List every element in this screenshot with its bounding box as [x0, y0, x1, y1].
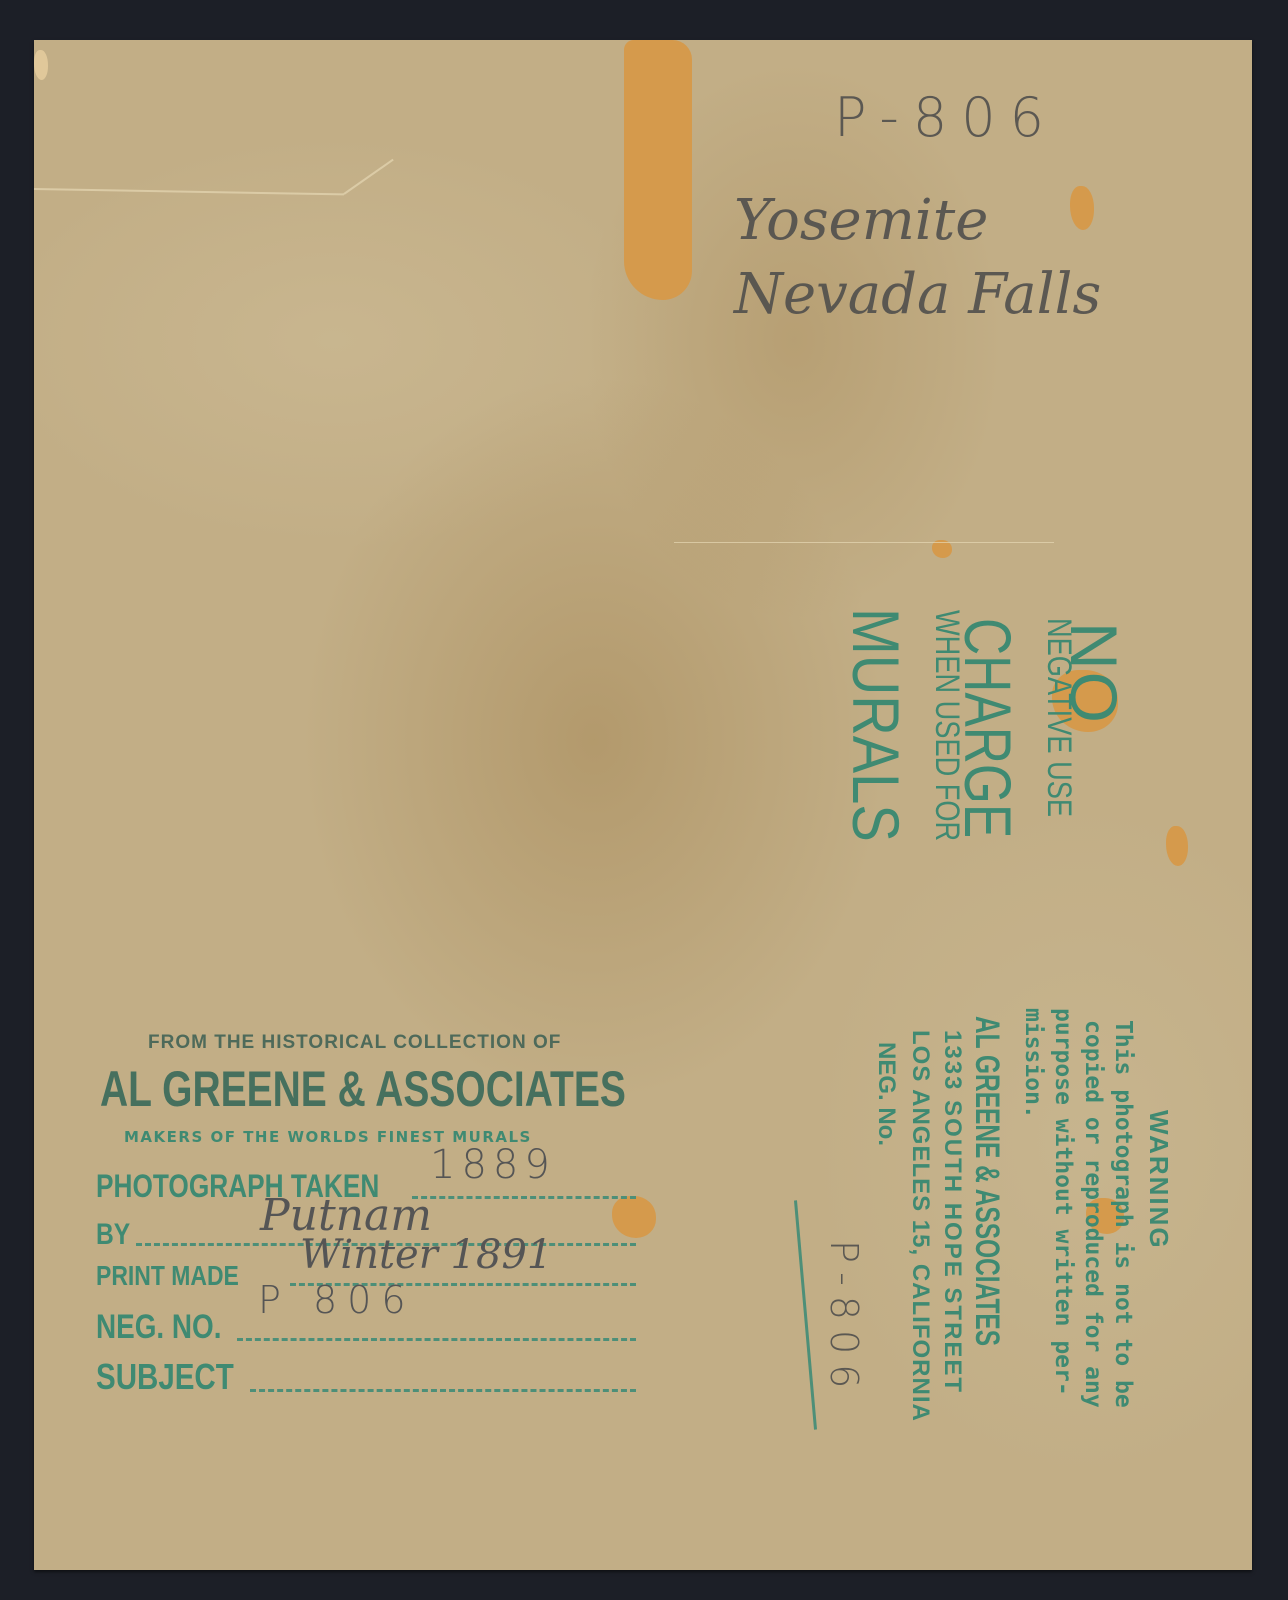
paper-tear	[624, 40, 692, 300]
collection-header: FROM THE HISTORICAL COLLECTION OF	[148, 1032, 561, 1054]
field-value-print-made: Winter 1891	[300, 1232, 552, 1278]
warning-body-1: This photograph is not to be	[1110, 1020, 1136, 1408]
warning-body-3: purpose without written per-	[1050, 1008, 1076, 1396]
paper-crease	[674, 542, 1054, 543]
warning-body-4: mission.	[1020, 1008, 1046, 1119]
stamp-line-when-used-for: WHEN USED FOR	[927, 610, 966, 841]
warning-title: WARNING	[1143, 1110, 1174, 1250]
paper-tear	[34, 50, 48, 80]
warning-neg-value: P-806	[822, 1240, 866, 1398]
field-label: PRINT MADE	[96, 1260, 239, 1292]
photo-back-card: P-806 Yosemite Nevada Falls NO NEGATIVE …	[34, 40, 1252, 1570]
stamp-line-murals: MURALS	[838, 608, 914, 842]
field-label: BY	[96, 1218, 130, 1252]
field-label: NEG. NO.	[96, 1308, 221, 1347]
field-label: SUBJECT	[96, 1356, 234, 1398]
warning-address-2: LOS ANGELES 15, CALIFORNIA	[906, 1030, 934, 1422]
handwritten-reference: P-806	[834, 86, 1058, 149]
collection-company: AL GREENE & ASSOCIATES	[100, 1060, 626, 1118]
field-subject: SUBJECT	[96, 1356, 636, 1398]
field-line	[237, 1338, 636, 1341]
paper-tear	[1070, 186, 1094, 230]
warning-neg-line	[794, 1200, 817, 1429]
field-line	[412, 1196, 637, 1199]
stamp-line-negative-use: NEGATIVE USE	[1039, 618, 1078, 817]
paper-crease	[34, 188, 344, 195]
handwritten-location-2: Nevada Falls	[734, 262, 1101, 327]
warning-address-1: 1333 SOUTH HOPE STREET	[938, 1030, 966, 1394]
handwritten-location-1: Yosemite	[734, 188, 988, 253]
warning-neg-label: NEG. No.	[872, 1042, 900, 1146]
paper-tear	[1166, 826, 1188, 866]
field-value-photograph-taken: 1889	[430, 1142, 556, 1188]
field-value-neg-no: P 806	[258, 1278, 416, 1322]
warning-body-2: copied or reproduced for any	[1080, 1020, 1106, 1408]
warning-company: AL GREENE & ASSOCIATES	[967, 1016, 1006, 1346]
field-line	[250, 1389, 636, 1392]
paper-crease	[343, 159, 393, 195]
